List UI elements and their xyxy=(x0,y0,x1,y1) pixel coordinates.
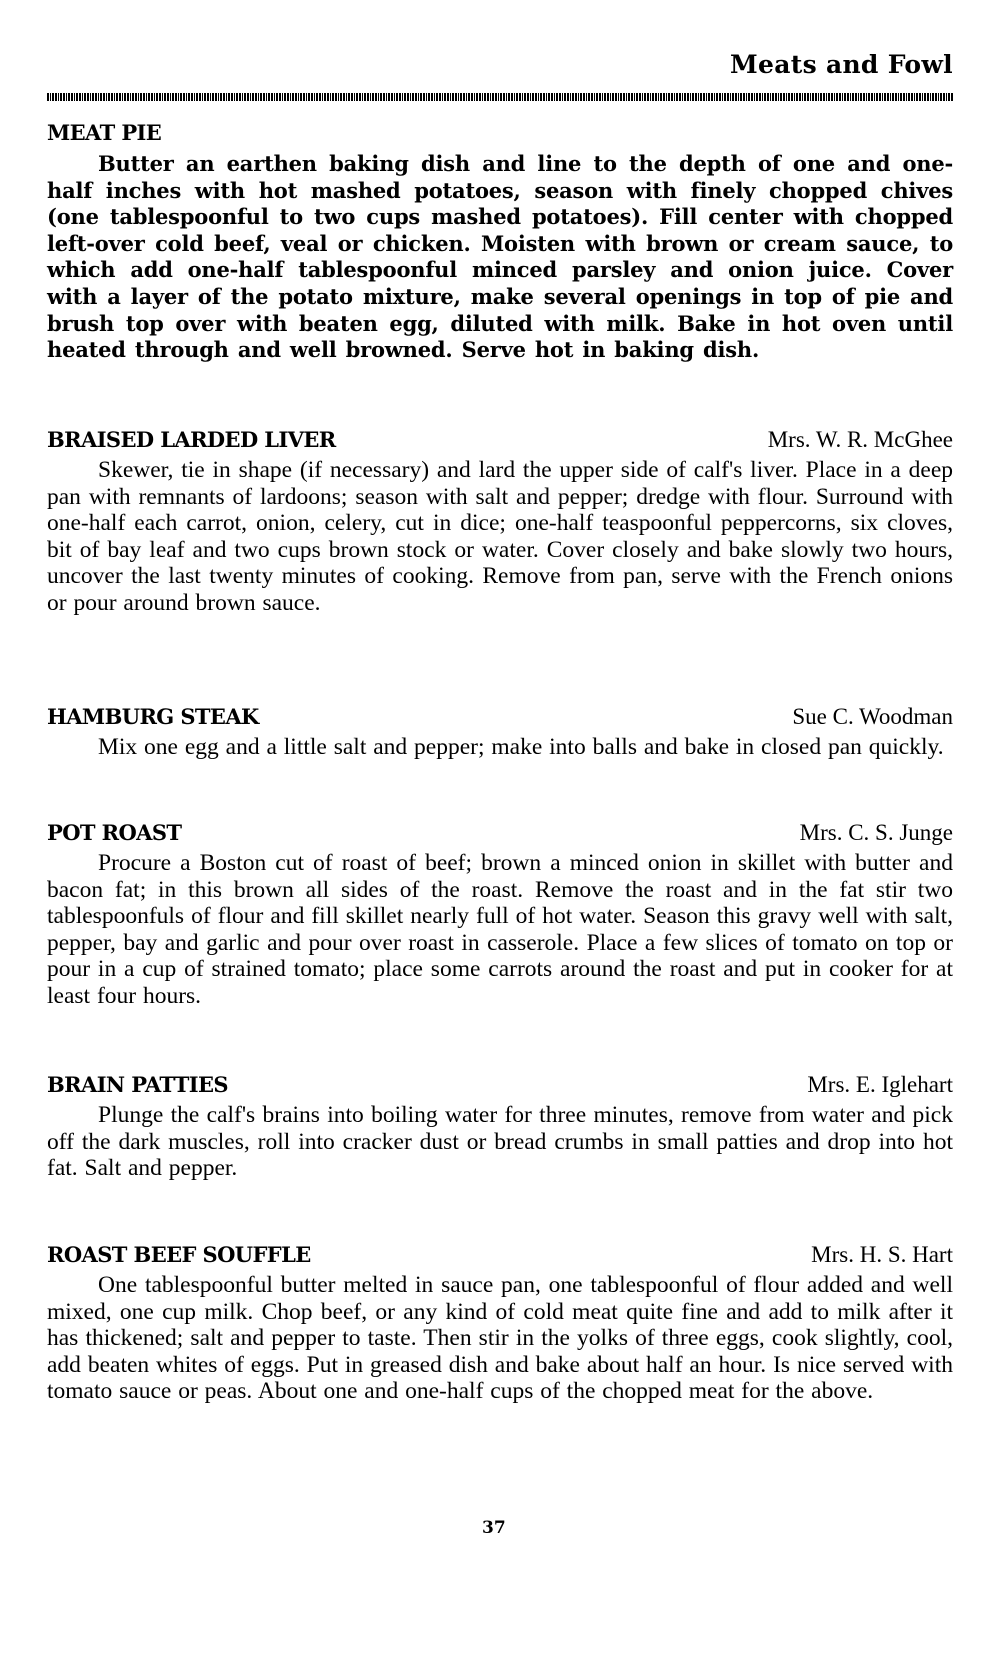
recipe-header: BRAIN PATTIES Mrs. E. Iglehart xyxy=(47,1070,953,1100)
recipe-header: HAMBURG STEAK Sue C. Woodman xyxy=(47,702,953,732)
recipe-header: BRAISED LARDED LIVER Mrs. W. R. McGhee xyxy=(47,425,953,455)
recipe-title: BRAIN PATTIES xyxy=(47,1070,228,1100)
recipe-meat-pie: MEAT PIE Butter an earthen baking dish a… xyxy=(47,118,953,364)
recipe-title: MEAT PIE xyxy=(47,118,161,148)
recipe-body: Procure a Boston cut of roast of beef; b… xyxy=(47,850,953,1010)
recipe-body: Skewer, tie in shape (if necessary) and … xyxy=(47,457,953,617)
recipe-author: Mrs. H. S. Hart xyxy=(811,1240,953,1270)
ornamental-rule xyxy=(47,93,953,101)
running-head-title: Meats and Fowl xyxy=(730,50,953,80)
recipe-header: POT ROAST Mrs. C. S. Junge xyxy=(47,818,953,848)
recipe-author: Sue C. Woodman xyxy=(792,702,953,732)
recipe-title: ROAST BEEF SOUFFLE xyxy=(47,1240,311,1270)
recipe-author: Mrs. E. Iglehart xyxy=(807,1070,953,1100)
recipe-header: ROAST BEEF SOUFFLE Mrs. H. S. Hart xyxy=(47,1240,953,1270)
recipe-title: HAMBURG STEAK xyxy=(47,702,259,732)
recipe-body: One tablespoonful butter melted in sauce… xyxy=(47,1272,953,1405)
recipe-author: Mrs. W. R. McGhee xyxy=(768,425,953,455)
recipe-body: Plunge the calf's brains into boiling wa… xyxy=(47,1102,953,1182)
recipe-header: MEAT PIE xyxy=(47,118,953,148)
page-number: 37 xyxy=(482,1518,506,1538)
recipe-roast-beef-souffle: ROAST BEEF SOUFFLE Mrs. H. S. Hart One t… xyxy=(47,1240,953,1405)
recipe-pot-roast: POT ROAST Mrs. C. S. Junge Procure a Bos… xyxy=(47,818,953,1010)
recipe-brain-patties: BRAIN PATTIES Mrs. E. Iglehart Plunge th… xyxy=(47,1070,953,1182)
recipe-title: POT ROAST xyxy=(47,818,181,848)
recipe-author: Mrs. C. S. Junge xyxy=(800,818,953,848)
recipe-title: BRAISED LARDED LIVER xyxy=(47,425,336,455)
recipe-braised-larded-liver: BRAISED LARDED LIVER Mrs. W. R. McGhee S… xyxy=(47,425,953,617)
recipe-body: Butter an earthen baking dish and line t… xyxy=(47,151,953,364)
recipe-body: Mix one egg and a little salt and pepper… xyxy=(47,734,953,761)
recipe-hamburg-steak: HAMBURG STEAK Sue C. Woodman Mix one egg… xyxy=(47,702,953,761)
